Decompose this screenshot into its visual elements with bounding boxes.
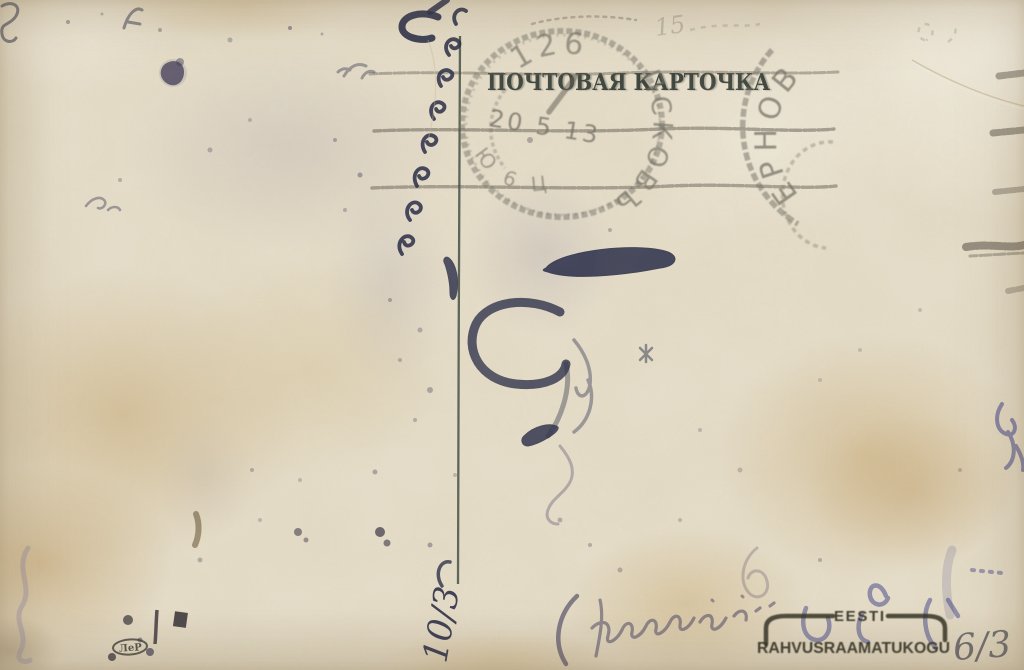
postcard-back-scan: ПОЧТОВАЯ КАРТОЧКА ПОЧТОВАЯ КАРТОЧКА 12 [0,0,1024,670]
postcard-artwork: ПОЧТОВАЯ КАРТОЧКА ПОЧТОВАЯ КАРТОЧКА 12 [0,0,1024,670]
paper-grain-texture [0,0,1024,670]
